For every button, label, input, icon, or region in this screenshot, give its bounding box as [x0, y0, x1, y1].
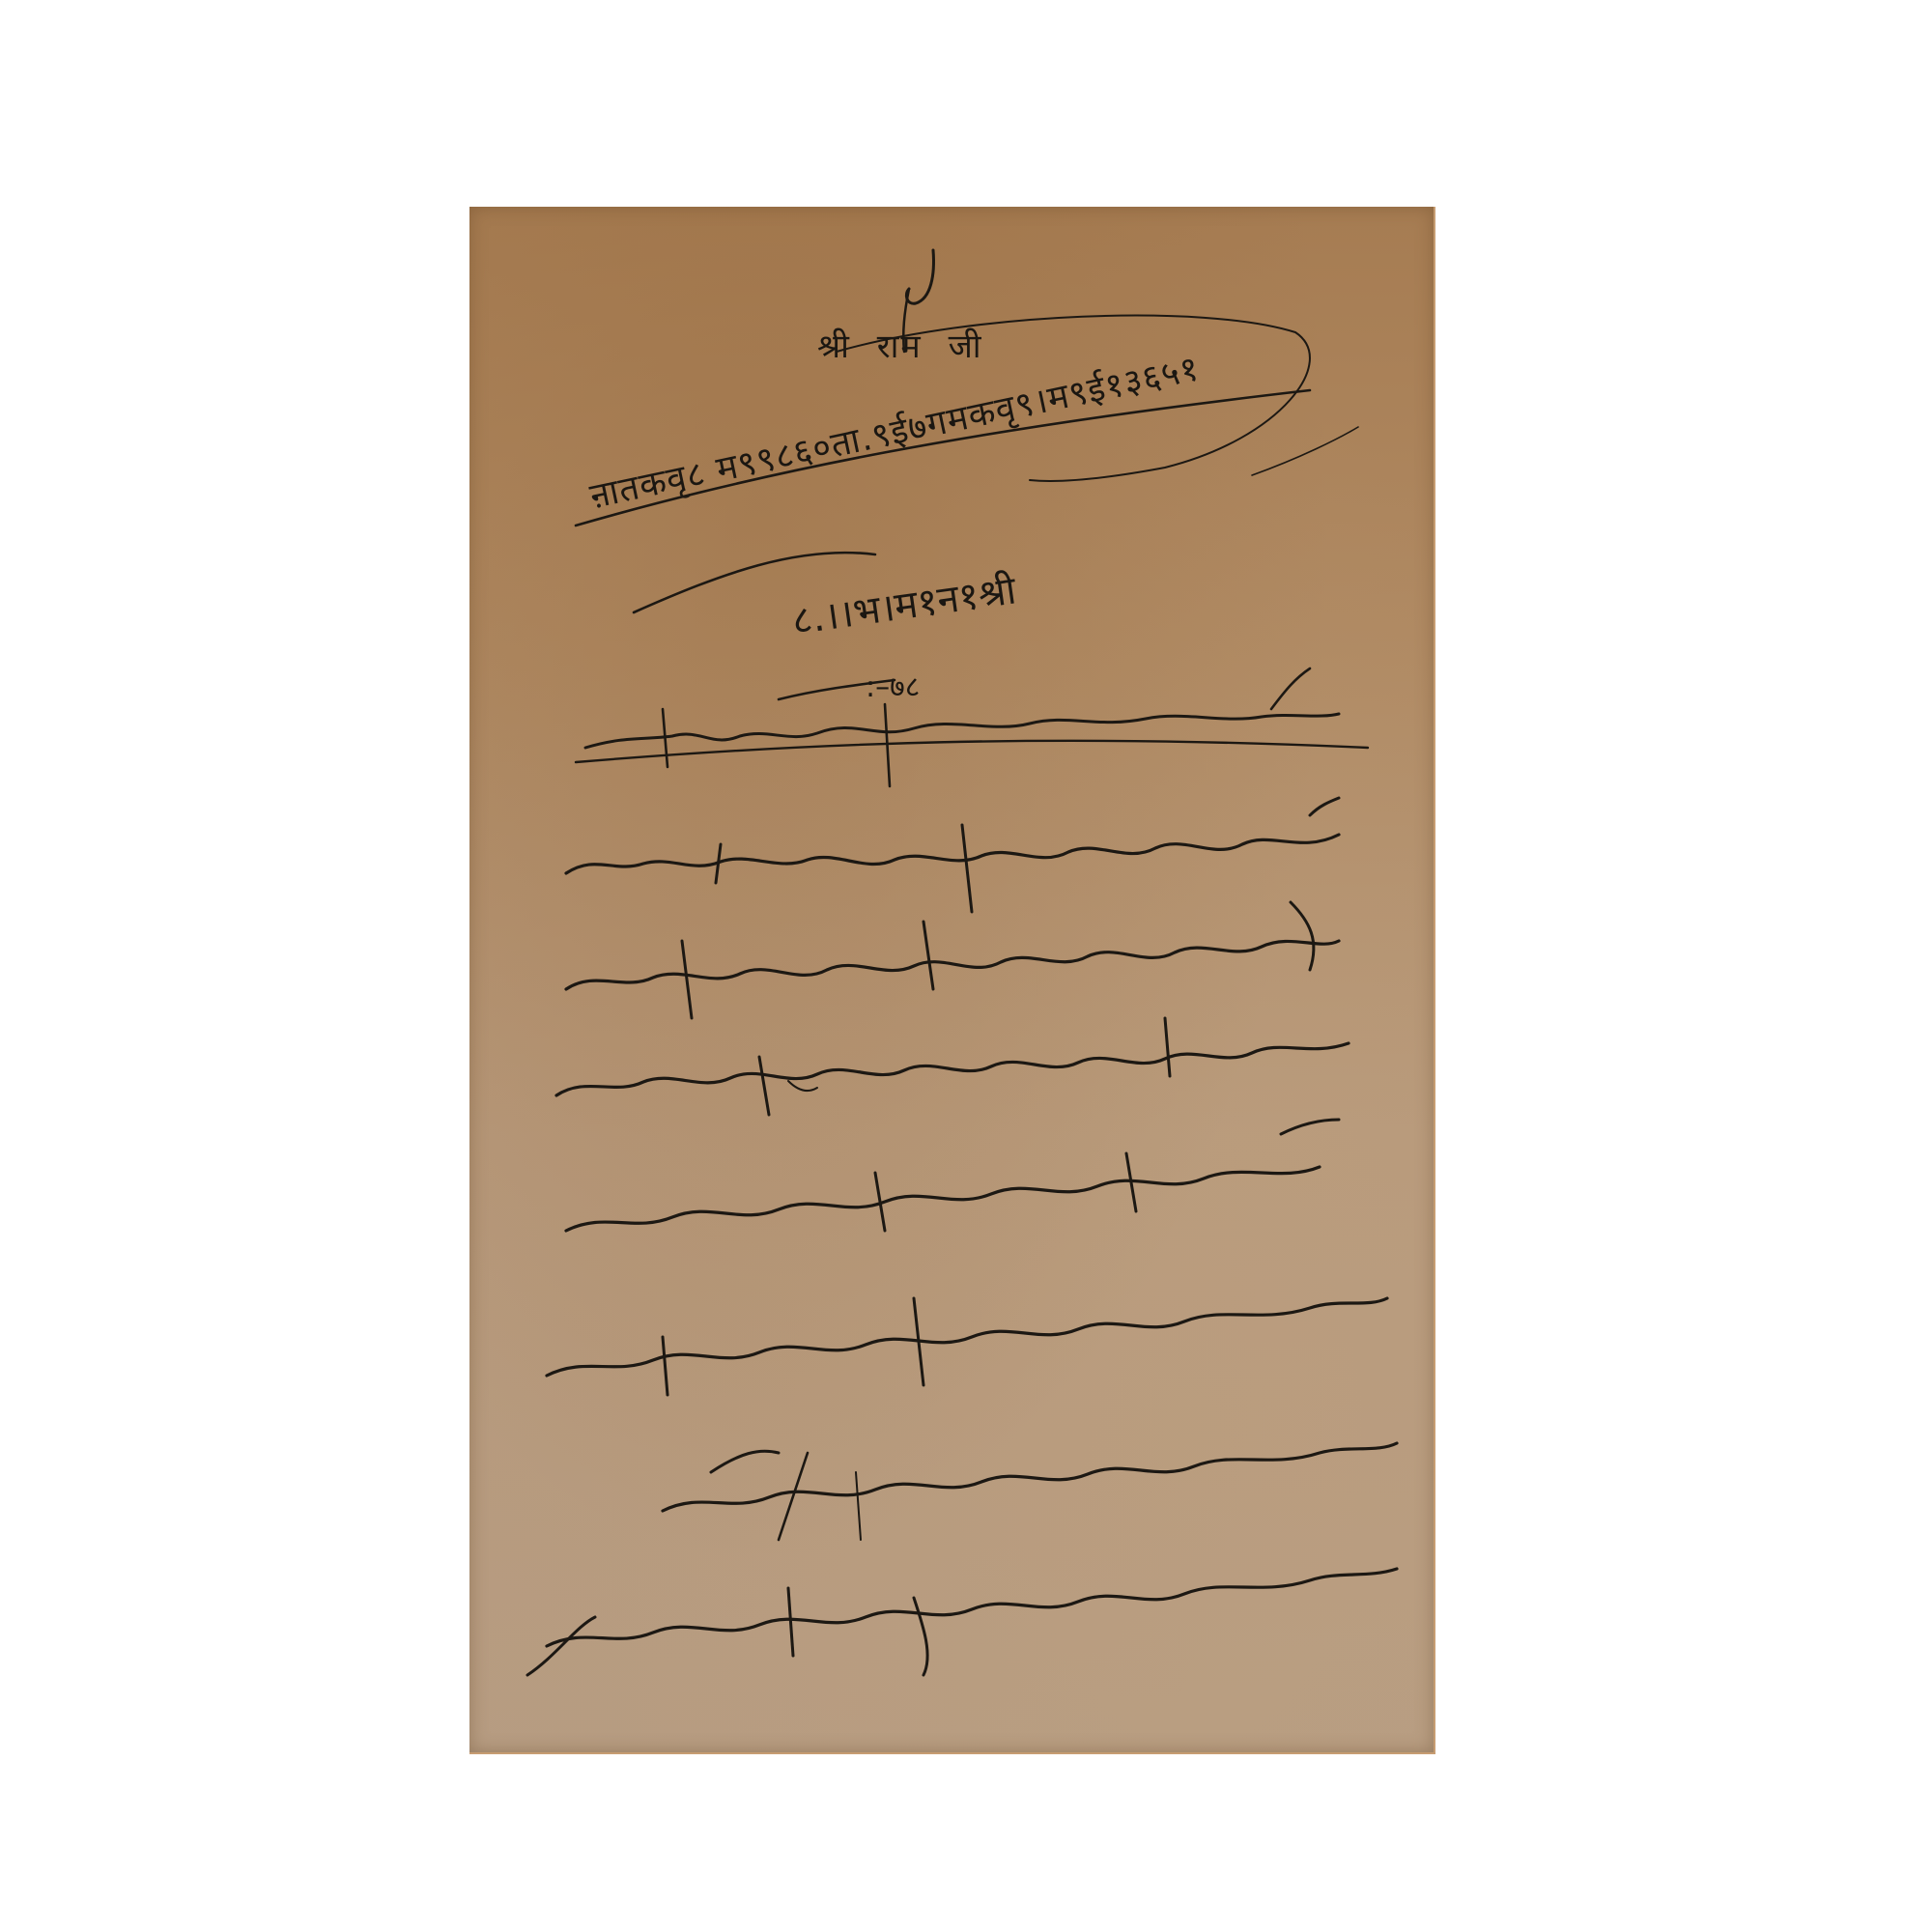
- manuscript-page: श्री राम जी ऩातकवृ८ म९९८६०ता.९ई७गमकवृ९।म…: [469, 207, 1435, 1754]
- handwriting-strokes: [469, 207, 1434, 1752]
